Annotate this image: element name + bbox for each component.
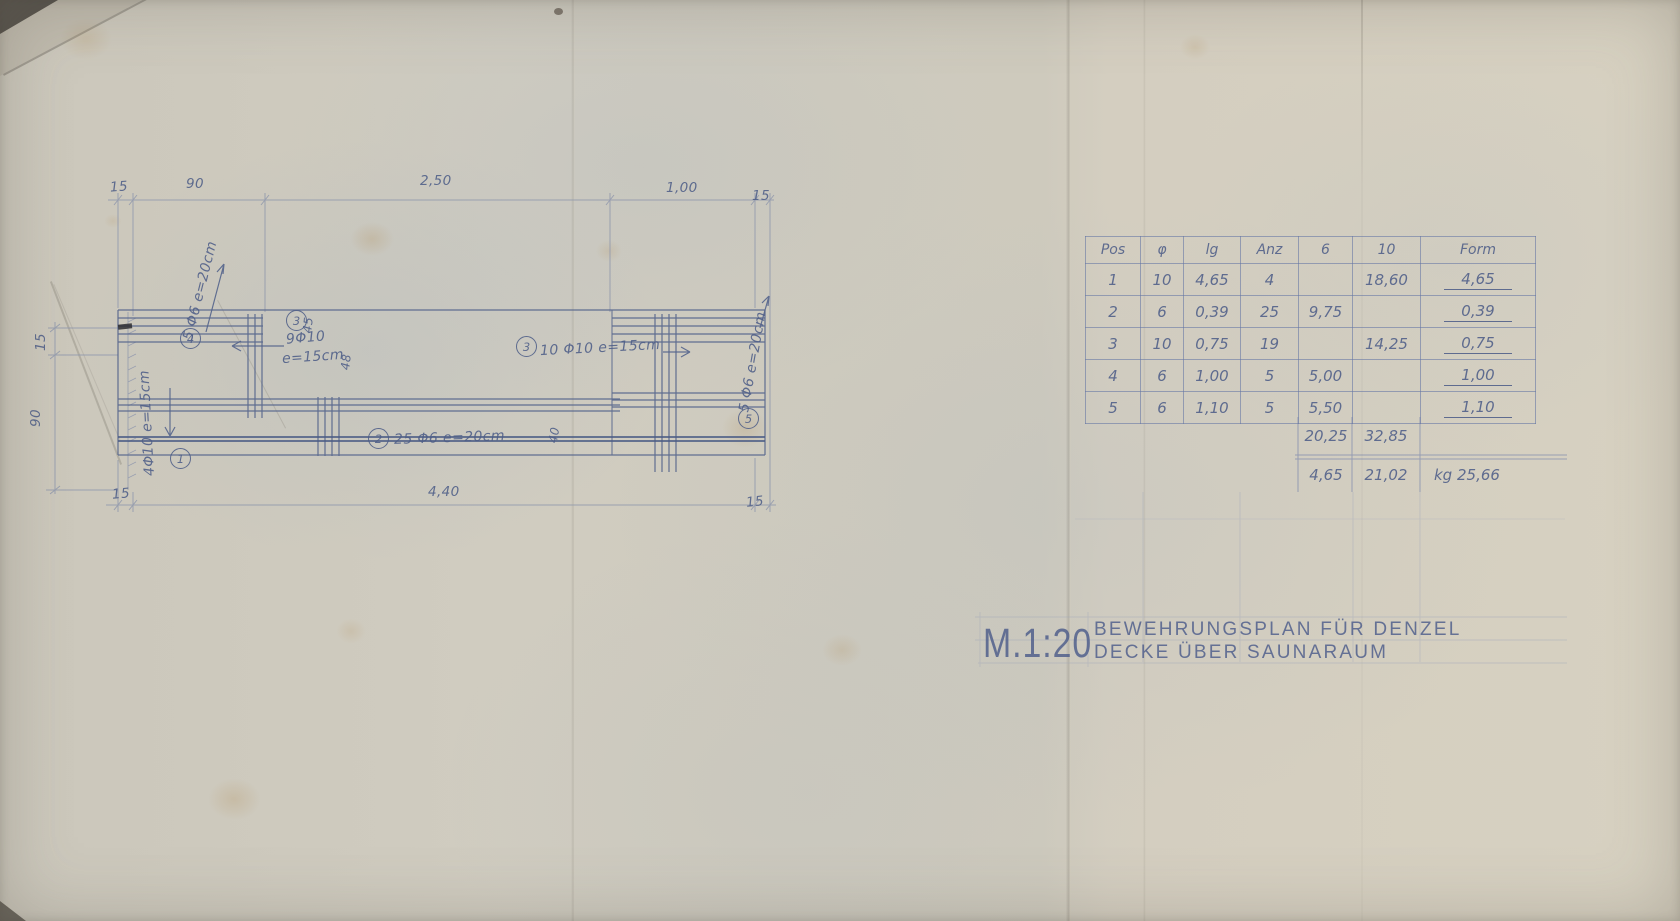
cell: 1 bbox=[1086, 264, 1141, 296]
cell bbox=[1353, 392, 1421, 424]
table-header-row: Pos φ lg Anz 6 10 Form bbox=[1086, 237, 1536, 264]
header-d10: 10 bbox=[1353, 237, 1421, 264]
form-length: 0,39 bbox=[1444, 302, 1512, 322]
cell: 4 bbox=[1241, 264, 1299, 296]
scale-label: M.1:20 bbox=[983, 620, 1092, 667]
dim-bottom-440: 4,40 bbox=[428, 484, 460, 500]
cell: 5 bbox=[1241, 360, 1299, 392]
dim-left-90: 90 bbox=[28, 409, 44, 427]
cell: 5 bbox=[1086, 392, 1141, 424]
header-d6: 6 bbox=[1299, 237, 1353, 264]
annotation-text-3a-line1: 9Φ10 bbox=[285, 328, 326, 347]
form-length: 1,10 bbox=[1444, 398, 1512, 418]
cell: 0,75 bbox=[1184, 328, 1241, 360]
cell: 6 bbox=[1141, 360, 1184, 392]
table-row: 3 10 0,75 19 14,25 0,75 bbox=[1086, 328, 1536, 360]
cell bbox=[1299, 328, 1353, 360]
dim-bottom-margin-left: 15 bbox=[111, 485, 130, 503]
header-phi: φ bbox=[1141, 237, 1184, 264]
total-d10: 21,02 bbox=[1354, 466, 1418, 484]
total-d6: 4,65 bbox=[1300, 466, 1352, 484]
form-length: 0,75 bbox=[1444, 334, 1512, 354]
cell bbox=[1353, 296, 1421, 328]
header-form: Form bbox=[1421, 237, 1536, 264]
cell: 1,10 bbox=[1184, 392, 1241, 424]
cell-form: 4,65 bbox=[1421, 264, 1536, 296]
total-weight: kg 25,66 bbox=[1434, 466, 1554, 484]
cell-form: 0,75 bbox=[1421, 328, 1536, 360]
table-row: 1 10 4,65 4 18,60 4,65 bbox=[1086, 264, 1536, 296]
dim-top-margin-right: 15 bbox=[752, 188, 770, 204]
cell: 4,65 bbox=[1184, 264, 1241, 296]
dim-top-90: 90 bbox=[186, 176, 204, 192]
cell: 1,00 bbox=[1184, 360, 1241, 392]
paper-background bbox=[0, 0, 1680, 921]
ink-speck bbox=[554, 8, 563, 15]
position-marker-2: 2 bbox=[368, 428, 389, 449]
cell: 9,75 bbox=[1299, 296, 1353, 328]
cell: 3 bbox=[1086, 328, 1141, 360]
scanned-blueprint-page: 15 90 2,50 1,00 15 15 4,40 15 15 90 45 4… bbox=[0, 0, 1680, 921]
drawing-title-line-1: BEWEHRUNGSPLAN FÜR DENZEL bbox=[1094, 619, 1462, 641]
form-length: 1,00 bbox=[1444, 366, 1512, 386]
header-pos: Pos bbox=[1086, 237, 1141, 264]
dim-bottom-margin-right: 15 bbox=[745, 493, 765, 511]
cell: 19 bbox=[1241, 328, 1299, 360]
cell: 5,00 bbox=[1299, 360, 1353, 392]
cell: 2 bbox=[1086, 296, 1141, 328]
position-marker-1: 1 bbox=[170, 448, 191, 469]
header-lg: lg bbox=[1184, 237, 1241, 264]
cell: 10 bbox=[1141, 328, 1184, 360]
header-anz: Anz bbox=[1241, 237, 1299, 264]
cell: 14,25 bbox=[1353, 328, 1421, 360]
cell: 25 bbox=[1241, 296, 1299, 328]
cell: 5 bbox=[1241, 392, 1299, 424]
table-row: 4 6 1,00 5 5,00 1,00 bbox=[1086, 360, 1536, 392]
dim-top-250: 2,50 bbox=[420, 173, 452, 189]
form-length: 4,65 bbox=[1444, 270, 1512, 290]
cell: 6 bbox=[1141, 296, 1184, 328]
cell-form: 1,00 bbox=[1421, 360, 1536, 392]
cell bbox=[1353, 360, 1421, 392]
position-marker-3b: 3 bbox=[516, 336, 537, 357]
table-row: 5 6 1,10 5 5,50 1,10 bbox=[1086, 392, 1536, 424]
position-marker-3a: 3 bbox=[286, 310, 307, 331]
cell-form: 1,10 bbox=[1421, 392, 1536, 424]
sum-d6: 20,25 bbox=[1300, 427, 1352, 445]
cell: 18,60 bbox=[1353, 264, 1421, 296]
cell: 4 bbox=[1086, 360, 1141, 392]
dim-inner-40: 40 bbox=[546, 426, 563, 444]
cell: 5,50 bbox=[1299, 392, 1353, 424]
dim-top-margin-left: 15 bbox=[109, 178, 128, 195]
cell: 6 bbox=[1141, 392, 1184, 424]
bar-schedule-table: Pos φ lg Anz 6 10 Form 1 10 4,65 4 18,60… bbox=[1085, 236, 1536, 424]
dim-top-100: 1,00 bbox=[666, 180, 698, 196]
sum-d10: 32,85 bbox=[1354, 427, 1418, 445]
cell: 10 bbox=[1141, 264, 1184, 296]
cell bbox=[1299, 264, 1353, 296]
cell: 0,39 bbox=[1184, 296, 1241, 328]
cell-form: 0,39 bbox=[1421, 296, 1536, 328]
dim-left-15: 15 bbox=[33, 333, 49, 351]
table-row: 2 6 0,39 25 9,75 0,39 bbox=[1086, 296, 1536, 328]
drawing-title-line-2: DECKE ÜBER SAUNARAUM bbox=[1094, 642, 1388, 664]
